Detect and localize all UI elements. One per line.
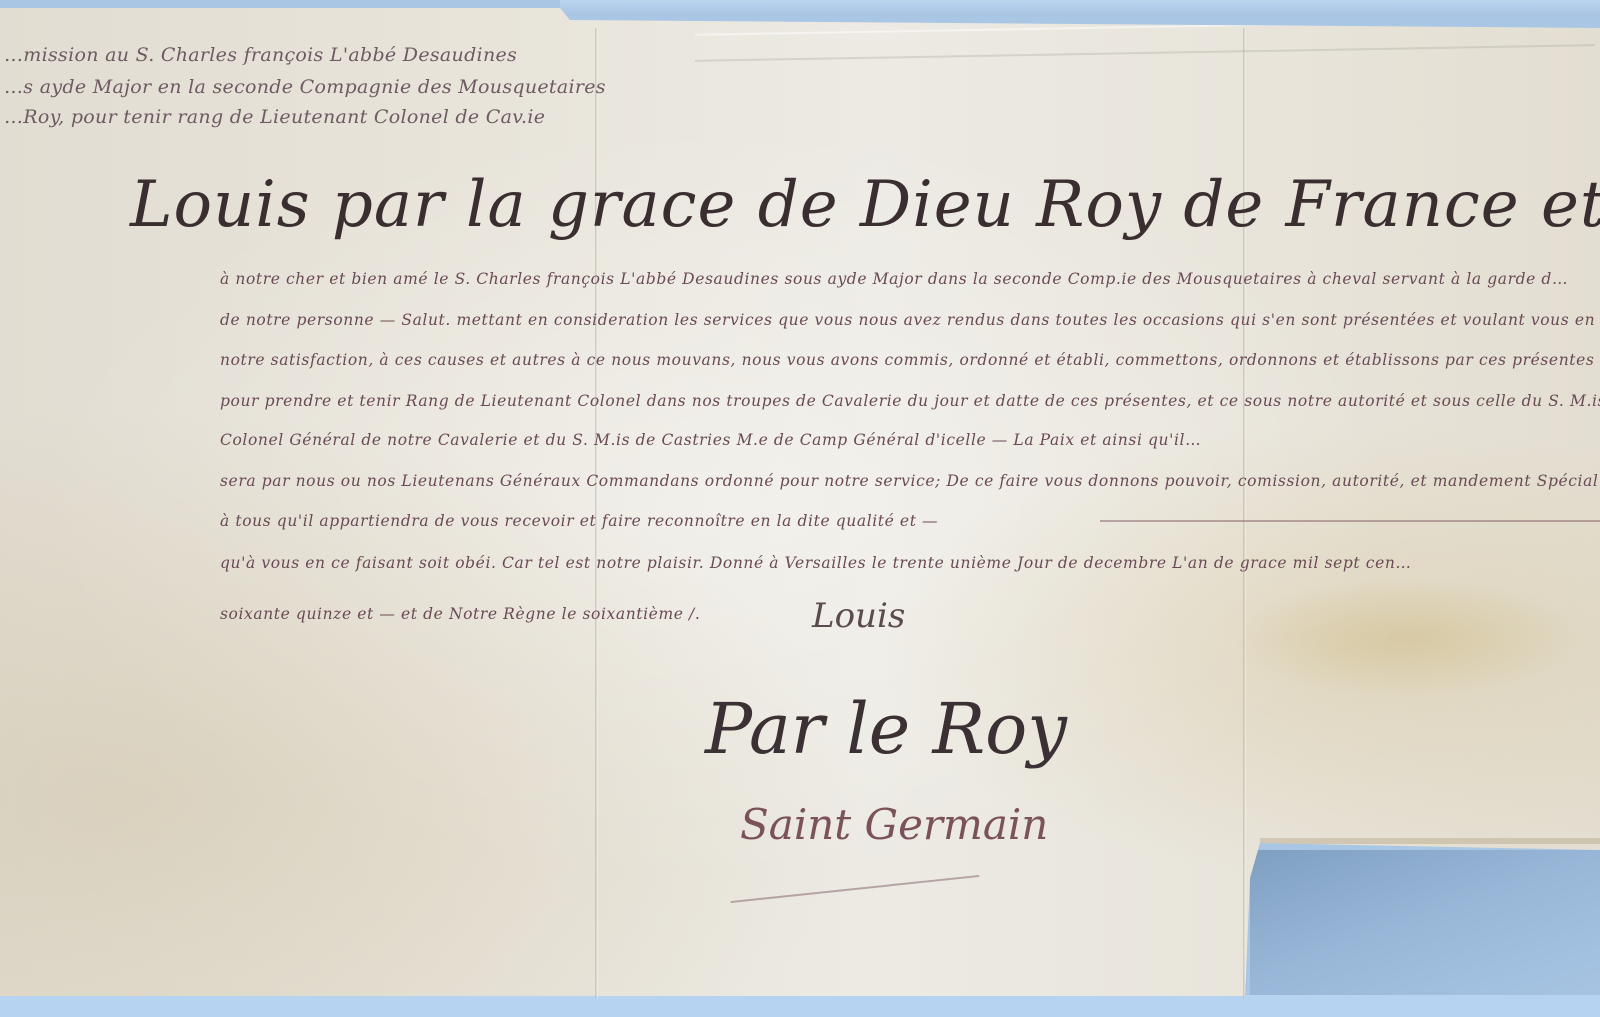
document-title: Louis par la grace de Dieu Roy de France…	[130, 168, 1600, 242]
king-signature: Louis	[812, 596, 905, 636]
header-note-line: …Roy, pour tenir rang de Lieutenant Colo…	[4, 106, 545, 128]
body-line: soixante quinze et — et de Notre Règne l…	[220, 605, 700, 623]
fold-crease-bottom-right	[1260, 838, 1600, 844]
body-line: à tous qu'il appartiendra de vous recevo…	[220, 512, 938, 530]
countersignature-flourish	[731, 875, 980, 903]
par-le-roy-formula: Par le Roy	[705, 688, 1067, 770]
body-line: à notre cher et bien amé le S. Charles f…	[220, 270, 1568, 288]
backdrop-corner	[1250, 850, 1600, 1017]
body-line: de notre personne — Salut. mettant en co…	[220, 311, 1600, 329]
body-line: pour prendre et tenir Rang de Lieutenant…	[220, 392, 1600, 410]
backdrop-top	[560, 0, 1600, 16]
body-line: sera par nous ou nos Lieutenans Généraux…	[220, 472, 1600, 490]
parchment-sheet: …mission au S. Charles françois L'abbé D…	[0, 8, 1600, 996]
water-stain	[1230, 578, 1590, 698]
backdrop-bottom	[0, 995, 1600, 1017]
countersignature: Saint Germain	[740, 800, 1048, 849]
conservation-tape	[695, 18, 1595, 62]
body-line: Colonel Général de notre Cavalerie et du…	[220, 431, 1201, 449]
line-filler-flourish	[1100, 520, 1600, 522]
header-note-line: …s ayde Major en la seconde Compagnie de…	[4, 76, 606, 98]
header-note-line: …mission au S. Charles françois L'abbé D…	[4, 44, 517, 66]
body-line: notre satisfaction, à ces causes et autr…	[220, 351, 1600, 369]
body-line: qu'à vous en ce faisant soit obéi. Car t…	[220, 554, 1412, 572]
